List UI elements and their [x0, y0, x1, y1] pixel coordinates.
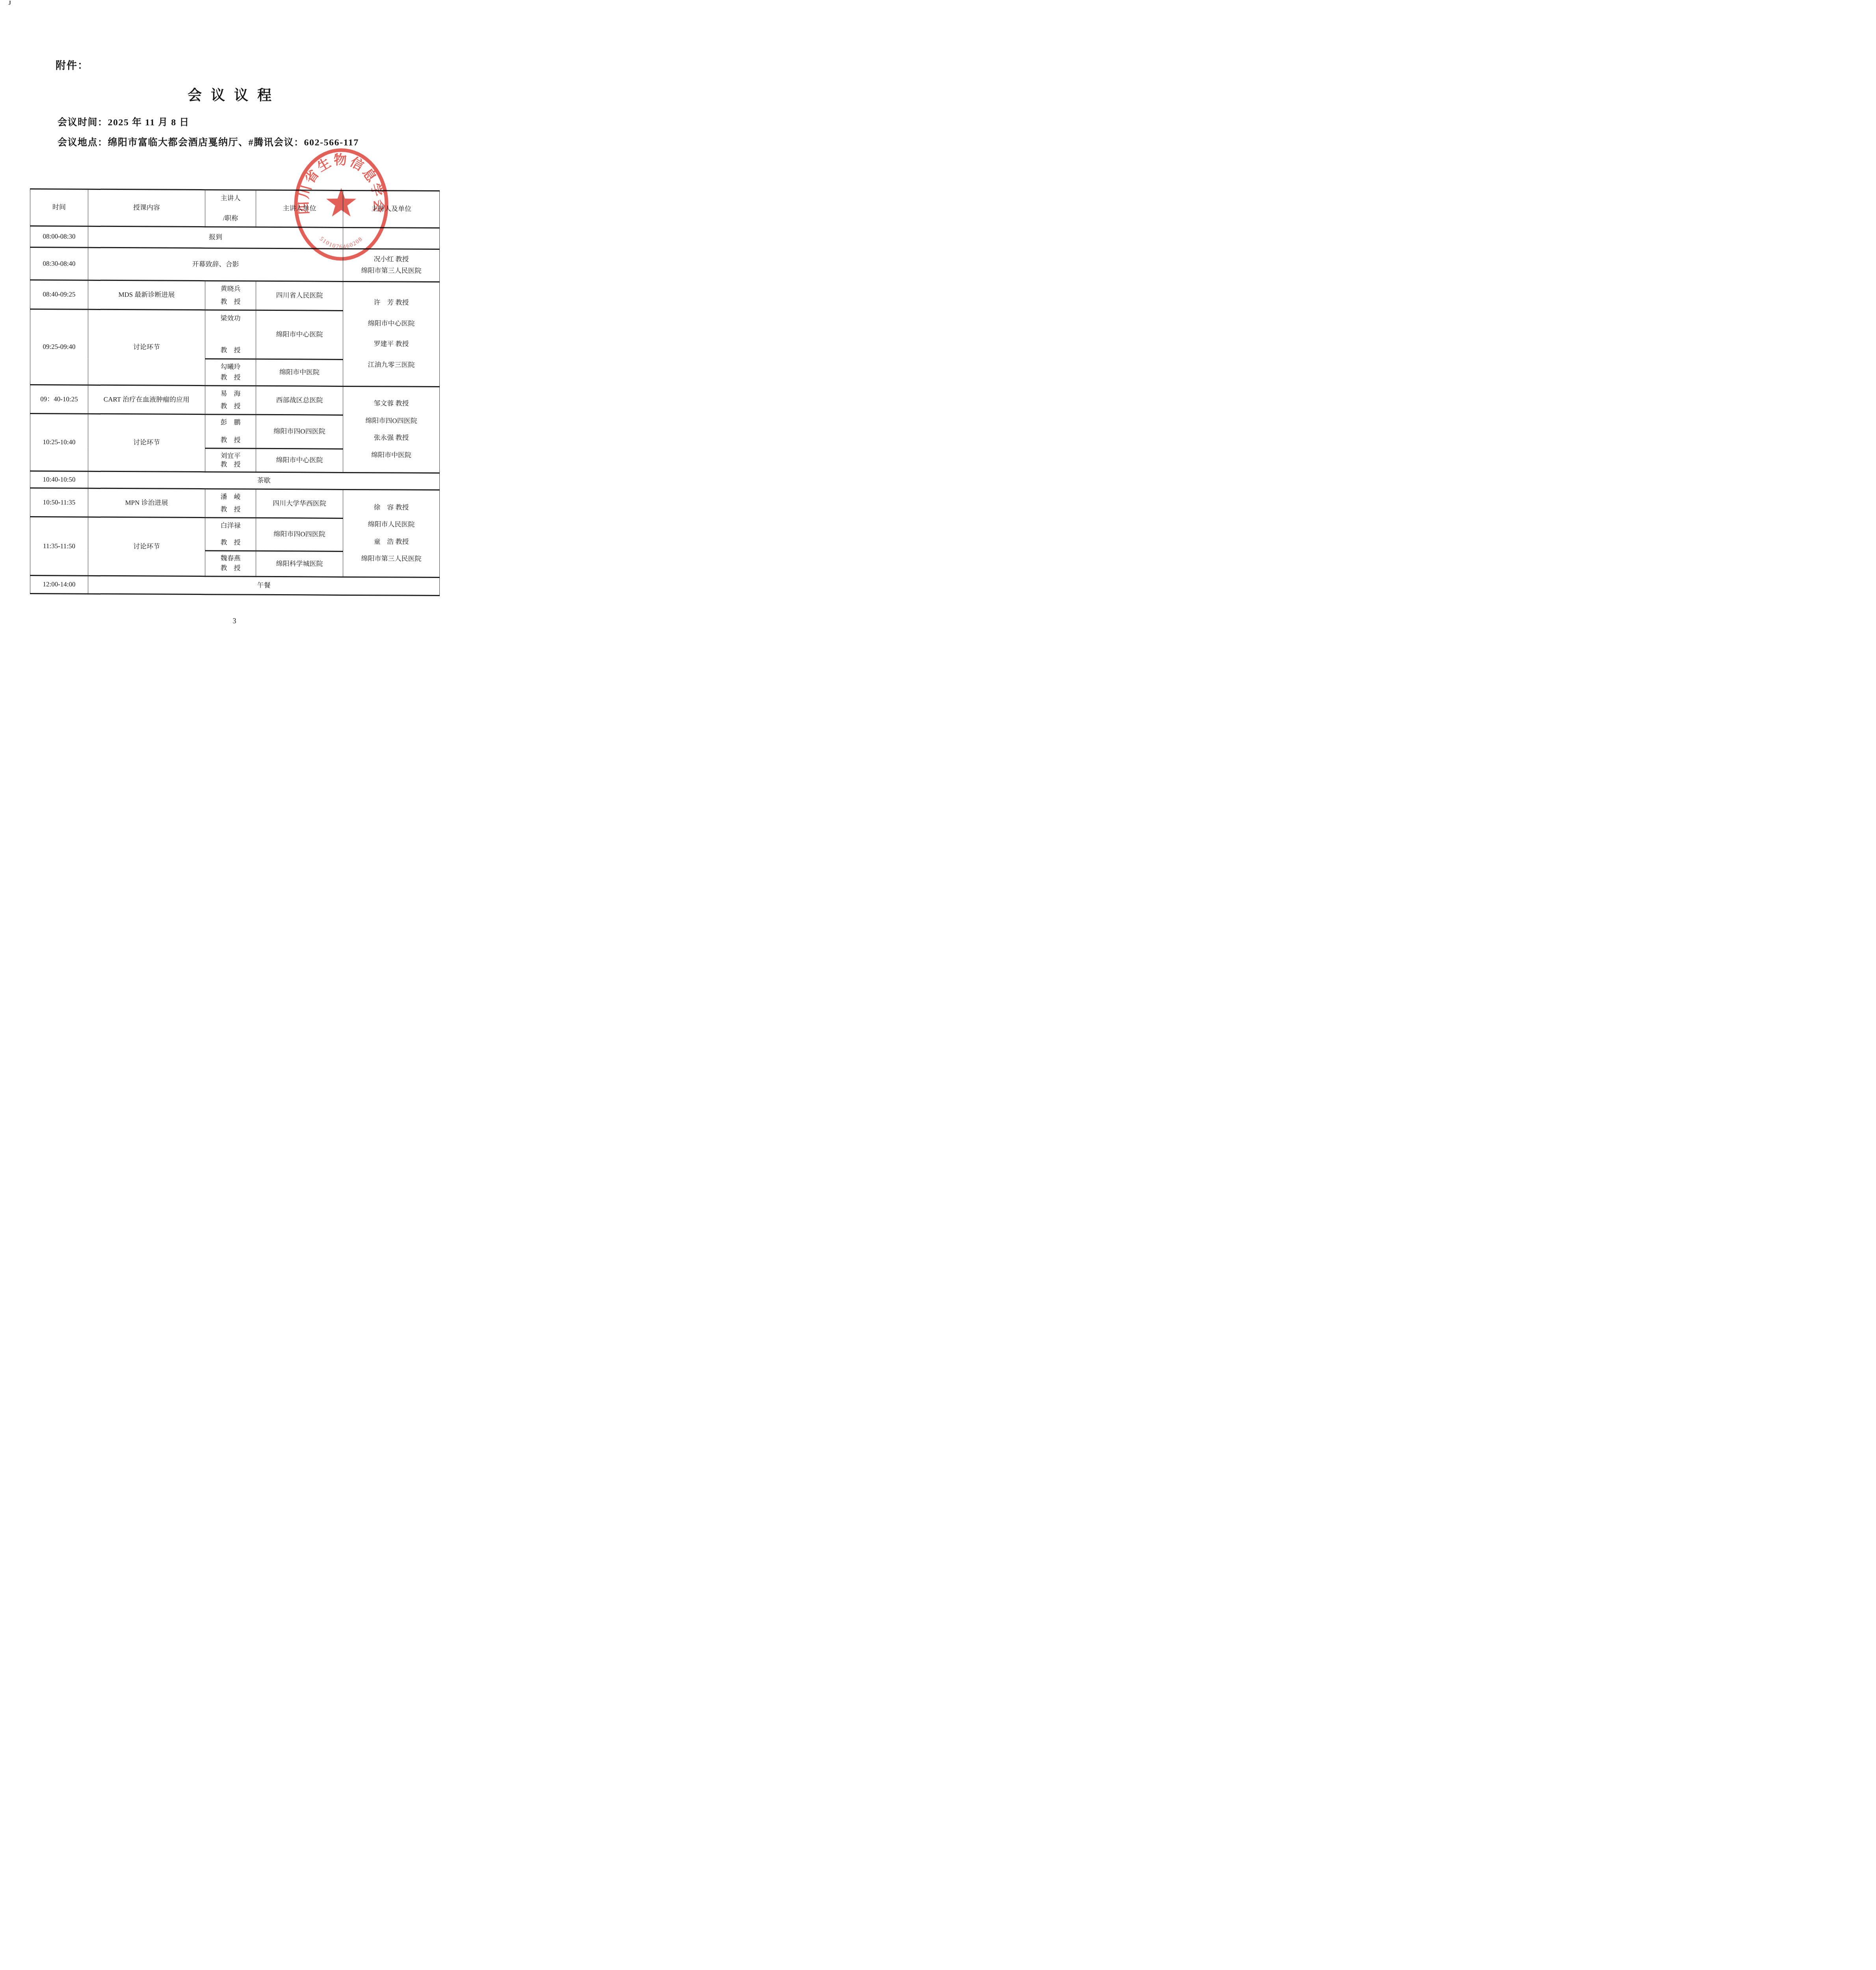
row-tea-break: 10:40-10:50 茶歇 — [30, 471, 440, 490]
speaker-title: 教 授 — [221, 373, 241, 382]
header-speaker-line2: /职称 — [223, 214, 238, 223]
speaker-cell: 魏春燕 教 授 — [205, 551, 256, 577]
meeting-place-value: 绵阳市富临大都会酒店戛纳厅、#腾讯会议：602-566-117 — [108, 138, 359, 148]
content-cell: 讨论环节 — [88, 414, 205, 472]
speaker-cell: 黄晓兵 教 授 — [205, 281, 256, 310]
org-cell: 绵阳市中心医院 — [256, 448, 343, 472]
host-line: 况小红 教授 — [374, 255, 409, 264]
speaker-title: 教 授 — [221, 297, 241, 307]
host-line: 徐 容 教授 — [374, 503, 409, 512]
meeting-place-label: 会议地点： — [58, 138, 108, 148]
host-line: 邹文蓉 教授 — [374, 399, 409, 408]
org-cell: 西部战区总医院 — [256, 386, 343, 415]
host-line: 许 芳 教授 — [374, 298, 409, 307]
content-cell: 讨论环节 — [88, 517, 205, 576]
org-cell: 四川大学华西医院 — [256, 489, 343, 518]
scan-artifact-mark: J — [8, 0, 11, 7]
speaker-cell: 易 海 教 授 — [205, 386, 256, 415]
speaker-title: 教 授 — [221, 402, 241, 411]
content-cell: 报到 — [88, 226, 343, 249]
host-line: 张永强 教授 — [374, 434, 409, 443]
host-cell: 况小红 教授 绵阳市第三人民医院 — [343, 249, 440, 282]
speaker-name: 白洋禄 — [221, 521, 241, 530]
host-cell: 许 芳 教授 绵阳市中心医院 罗建平 教授 江油九零三医院 — [343, 281, 440, 387]
content-cell: CART 治疗在血液肿瘤的应用 — [88, 385, 205, 414]
time-cell: 09:25-09:40 — [30, 309, 88, 385]
header-time: 时间 — [30, 189, 88, 227]
org-cell: 绵阳市中医院 — [256, 359, 343, 386]
host-line: 童 浩 教授 — [374, 537, 409, 546]
speaker-name: 刘宜平 — [221, 452, 241, 461]
scanned-agenda-page: J 附件： 会 议 议 程 会议时间：2025 年 11 月 8 日 会议地点：… — [0, 0, 469, 663]
host-line: 江油九零三医院 — [368, 361, 415, 370]
org-cell: 绵阳市四O四医院 — [256, 414, 343, 449]
speaker-title: 教 授 — [221, 346, 241, 355]
time-cell: 10:40-10:50 — [30, 471, 88, 489]
org-cell: 四川省人民医院 — [256, 281, 343, 310]
meeting-time-line: 会议时间：2025 年 11 月 8 日 — [58, 114, 190, 128]
speaker-cell: 梁效功 教 授 — [205, 310, 256, 359]
row-mpn: 10:50-11:35 MPN 诊治进展 潘 崚 教 授 四川大学华西医院 徐 … — [30, 488, 440, 519]
speaker-title: 教 授 — [221, 505, 241, 514]
org-cell: 绵阳市四O四医院 — [256, 518, 343, 551]
header-row: 时间 授课内容 主讲人 /职称 主讲人单位 主持人及单位 — [30, 189, 440, 228]
header-host: 主持人及单位 — [343, 190, 440, 228]
host-line: 绵阳市人民医院 — [368, 520, 415, 530]
row-lunch: 12:00-14:00 午餐 — [30, 576, 440, 596]
speaker-title: 教 授 — [221, 564, 241, 573]
speaker-cell: 潘 崚 教 授 — [205, 489, 256, 518]
row-opening: 08:30-08:40 开幕致辞、合影 况小红 教授 绵阳市第三人民医院 — [30, 247, 440, 282]
speaker-name: 黄晓兵 — [221, 284, 241, 294]
host-line: 罗建平 教授 — [374, 340, 409, 349]
row-cart: 09：40-10:25 CART 治疗在血液肿瘤的应用 易 海 教 授 西部战区… — [30, 385, 440, 416]
time-cell: 10:50-11:35 — [30, 488, 88, 517]
agenda-table: 时间 授课内容 主讲人 /职称 主讲人单位 主持人及单位 08:00-08:30… — [30, 188, 440, 596]
page-number: 3 — [0, 617, 469, 625]
host-line: 绵阳市中心医院 — [368, 319, 415, 329]
host-line: 绵阳市第三人民医院 — [361, 266, 422, 276]
time-cell: 12:00-14:00 — [30, 576, 88, 594]
content-cell: 午餐 — [88, 576, 440, 595]
host-line: 绵阳市中医院 — [371, 451, 411, 460]
speaker-title: 教 授 — [221, 538, 241, 547]
speaker-name: 梁效功 — [221, 314, 241, 323]
time-cell: 08:40-09:25 — [30, 280, 88, 310]
speaker-name: 勾曦玲 — [221, 362, 241, 372]
attachment-label: 附件： — [56, 58, 89, 72]
speaker-cell: 刘宜平 教 授 — [205, 448, 256, 472]
host-line: 绵阳市四O四医院 — [365, 416, 417, 426]
speaker-name: 魏春燕 — [221, 554, 241, 563]
host-line: 绵阳市第三人民医院 — [361, 554, 422, 564]
speaker-cell: 勾曦玲 教 授 — [205, 359, 256, 386]
header-content: 授课内容 — [88, 189, 205, 227]
agenda-table-wrap: 时间 授课内容 主讲人 /职称 主讲人单位 主持人及单位 08:00-08:30… — [30, 188, 440, 596]
meeting-time-label: 会议时间： — [58, 117, 108, 128]
org-cell: 绵阳科学城医院 — [256, 551, 343, 577]
time-cell: 08:30-08:40 — [30, 247, 88, 281]
host-cell: 徐 容 教授 绵阳市人民医院 童 浩 教授 绵阳市第三人民医院 — [343, 489, 440, 577]
speaker-cell: 白洋禄 教 授 — [205, 518, 256, 551]
host-cell-empty — [343, 227, 440, 249]
content-cell: 开幕致辞、合影 — [88, 247, 343, 281]
content-cell: MDS 最新诊断进展 — [88, 280, 205, 310]
content-cell: 讨论环节 — [88, 309, 205, 385]
host-cell: 邹文蓉 教授 绵阳市四O四医院 张永强 教授 绵阳市中医院 — [343, 386, 440, 473]
speaker-name: 潘 崚 — [221, 492, 241, 502]
header-speaker-org: 主讲人单位 — [256, 190, 343, 227]
meeting-place-line: 会议地点：绵阳市富临大都会酒店戛纳厅、#腾讯会议：602-566-117 — [58, 134, 359, 148]
speaker-title: 教 授 — [221, 461, 241, 470]
row-mds: 08:40-09:25 MDS 最新诊断进展 黄晓兵 教 授 四川省人民医院 许… — [30, 280, 440, 311]
speaker-name: 易 海 — [221, 389, 241, 398]
speaker-name: 彭 鹏 — [221, 418, 241, 427]
header-speaker-line1: 主讲人 — [221, 194, 241, 203]
org-cell: 绵阳市中心医院 — [256, 310, 343, 359]
page-title: 会 议 议 程 — [0, 84, 462, 104]
time-cell: 08:00-08:30 — [30, 226, 88, 248]
content-cell: 茶歇 — [88, 471, 440, 490]
speaker-cell: 彭 鹏 教 授 — [205, 414, 256, 449]
meeting-time-value: 2025 年 11 月 8 日 — [108, 117, 190, 128]
time-cell: 10:25-10:40 — [30, 414, 88, 472]
time-cell: 11:35-11:50 — [30, 517, 88, 576]
header-speaker: 主讲人 /职称 — [205, 190, 256, 227]
row-registration: 08:00-08:30 报到 — [30, 226, 440, 249]
content-cell: MPN 诊治进展 — [88, 488, 205, 517]
speaker-title: 教 授 — [221, 436, 241, 445]
time-cell: 09：40-10:25 — [30, 385, 88, 414]
